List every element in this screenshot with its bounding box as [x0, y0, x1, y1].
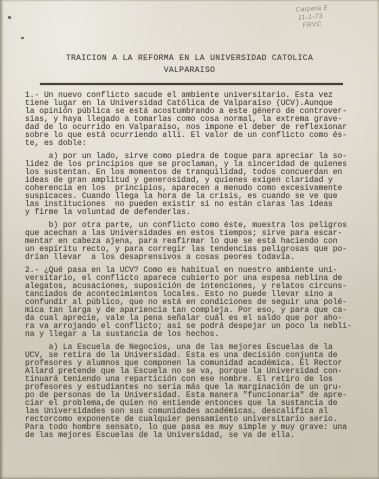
- title-underline: [40, 83, 343, 85]
- typed-line: de las mejores Escuelas de la Universida…: [25, 432, 363, 440]
- title-line-1: TRAICION A LA REFORMA EN LA UNIVERSIDAD …: [0, 53, 379, 65]
- typed-line: te, es doble:: [25, 140, 363, 148]
- paper-speck: [8, 16, 12, 20]
- document-title: TRAICION A LA REFORMA EN LA UNIVERSIDAD …: [0, 53, 379, 77]
- typed-line: y firme la voluntad de defenderlas.: [25, 209, 363, 217]
- typed-paragraph: b) por otra parte, un conflicto como ést…: [25, 222, 363, 262]
- document-body: 1.- Un nuevo conflicto sacude el ambient…: [25, 92, 363, 445]
- typed-paragraph: a) por un lado, sirve como piedra de toq…: [25, 153, 363, 217]
- typed-paragraph: 2.- ¿Qué pasa en la UCV? Como es habitua…: [25, 267, 363, 339]
- typed-paragraph: a) La Escuela de Negocios, una de las me…: [25, 344, 363, 440]
- paper-speck: [21, 37, 24, 40]
- typed-line: na y llegar a la sustancia de los hechos…: [25, 331, 363, 339]
- scanned-document-page: Carpeta E 11-1-73 FRVC TRAICION A LA REF…: [0, 0, 379, 479]
- title-line-2: VALPARAISO: [0, 65, 379, 77]
- handwritten-annotation: Carpeta E 11-1-73 FRVC: [295, 1, 374, 30]
- typed-line: drían llevar a los desaprensivos a cosas…: [25, 254, 363, 262]
- typed-paragraph: 1.- Un nuevo conflicto sacude el ambient…: [25, 92, 363, 148]
